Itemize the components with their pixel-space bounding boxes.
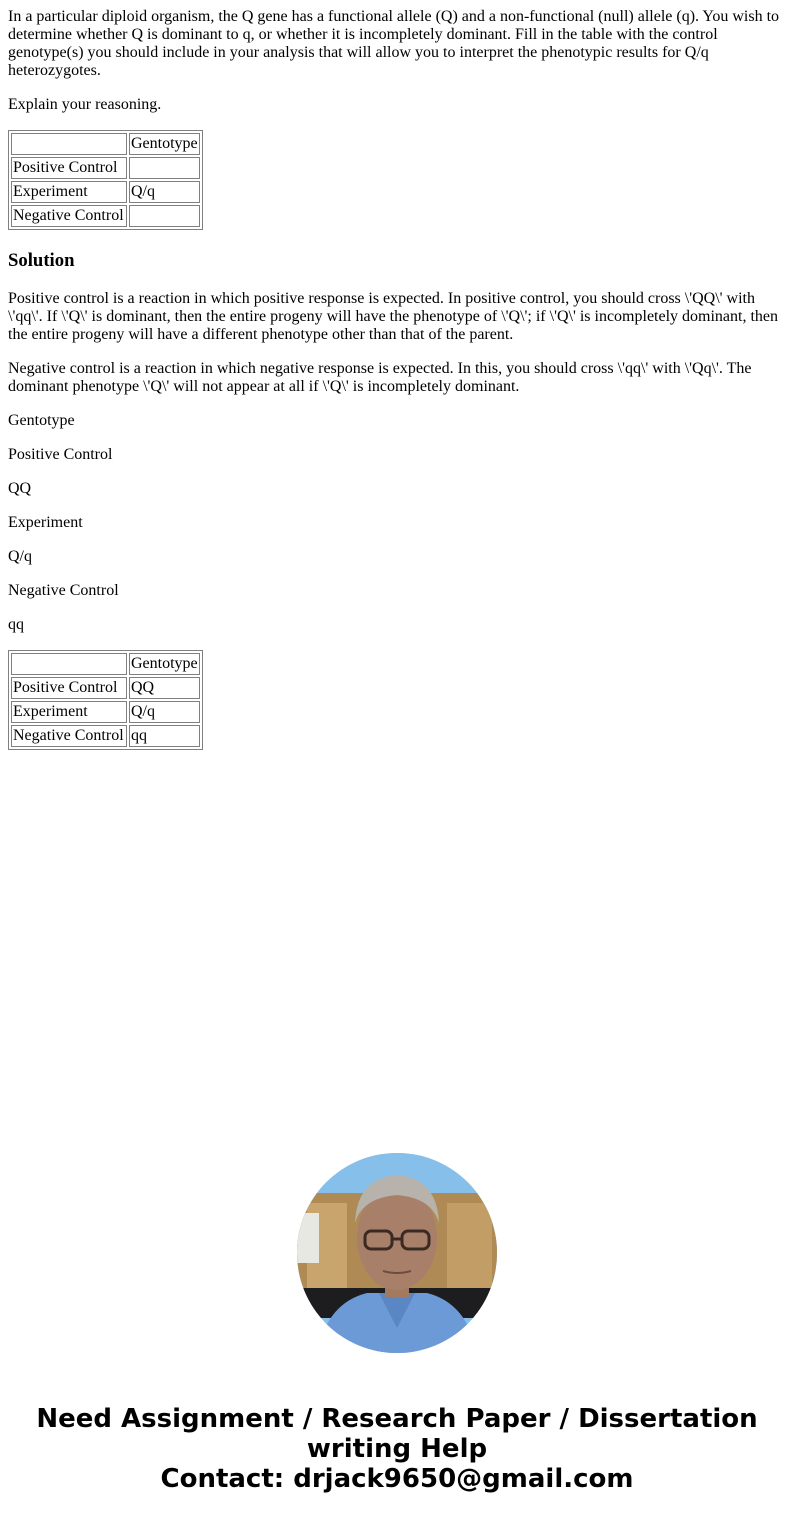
table-header-cell: Gentotype <box>129 133 200 155</box>
table-row: Experiment Q/q <box>11 181 200 203</box>
question-prompt: Explain your reasoning. <box>8 96 786 114</box>
table-header-cell <box>11 653 127 675</box>
table-header-cell <box>11 133 127 155</box>
row-label: Negative Control <box>11 205 127 227</box>
row-label: Positive Control <box>11 157 127 179</box>
flat-line: Negative Control <box>8 582 786 600</box>
table-header-row: Gentotype <box>11 653 200 675</box>
promo-line: writing Help <box>0 1434 794 1464</box>
table-row: Experiment Q/q <box>11 701 200 723</box>
promo-banner: Need Assignment / Research Paper / Disse… <box>0 1404 794 1494</box>
table-row: Negative Control <box>11 205 200 227</box>
row-label: Negative Control <box>11 725 127 747</box>
table-row: Positive Control QQ <box>11 677 200 699</box>
flat-line: Positive Control <box>8 446 786 464</box>
answer-table: Gentotype Positive Control QQ Experiment… <box>8 650 203 750</box>
flat-line: Q/q <box>8 548 786 566</box>
row-value <box>129 157 200 179</box>
flat-line: Gentotype <box>8 412 786 430</box>
promo-line: Need Assignment / Research Paper / Disse… <box>0 1404 794 1434</box>
row-value: Q/q <box>129 701 200 723</box>
row-label: Experiment <box>11 701 127 723</box>
author-portrait-icon <box>297 1153 497 1353</box>
question-paragraph: In a particular diploid organism, the Q … <box>8 8 786 80</box>
table-row: Negative Control qq <box>11 725 200 747</box>
table-row: Positive Control <box>11 157 200 179</box>
flat-line: QQ <box>8 480 786 498</box>
document: In a particular diploid organism, the Q … <box>0 0 794 750</box>
promo-contact: Contact: drjack9650@gmail.com <box>0 1464 794 1494</box>
row-label: Experiment <box>11 181 127 203</box>
question-table: Gentotype Positive Control Experiment Q/… <box>8 130 203 230</box>
flat-line: Experiment <box>8 514 786 532</box>
solution-heading: Solution <box>8 250 786 272</box>
row-value <box>129 205 200 227</box>
solution-paragraph: Negative control is a reaction in which … <box>8 360 786 396</box>
row-label: Positive Control <box>11 677 127 699</box>
solution-paragraph: Positive control is a reaction in which … <box>8 290 786 344</box>
row-value: Q/q <box>129 181 200 203</box>
author-avatar <box>297 1153 497 1353</box>
row-value: QQ <box>129 677 200 699</box>
table-header-row: Gentotype <box>11 133 200 155</box>
table-header-cell: Gentotype <box>129 653 200 675</box>
row-value: qq <box>129 725 200 747</box>
flat-line: qq <box>8 616 786 634</box>
